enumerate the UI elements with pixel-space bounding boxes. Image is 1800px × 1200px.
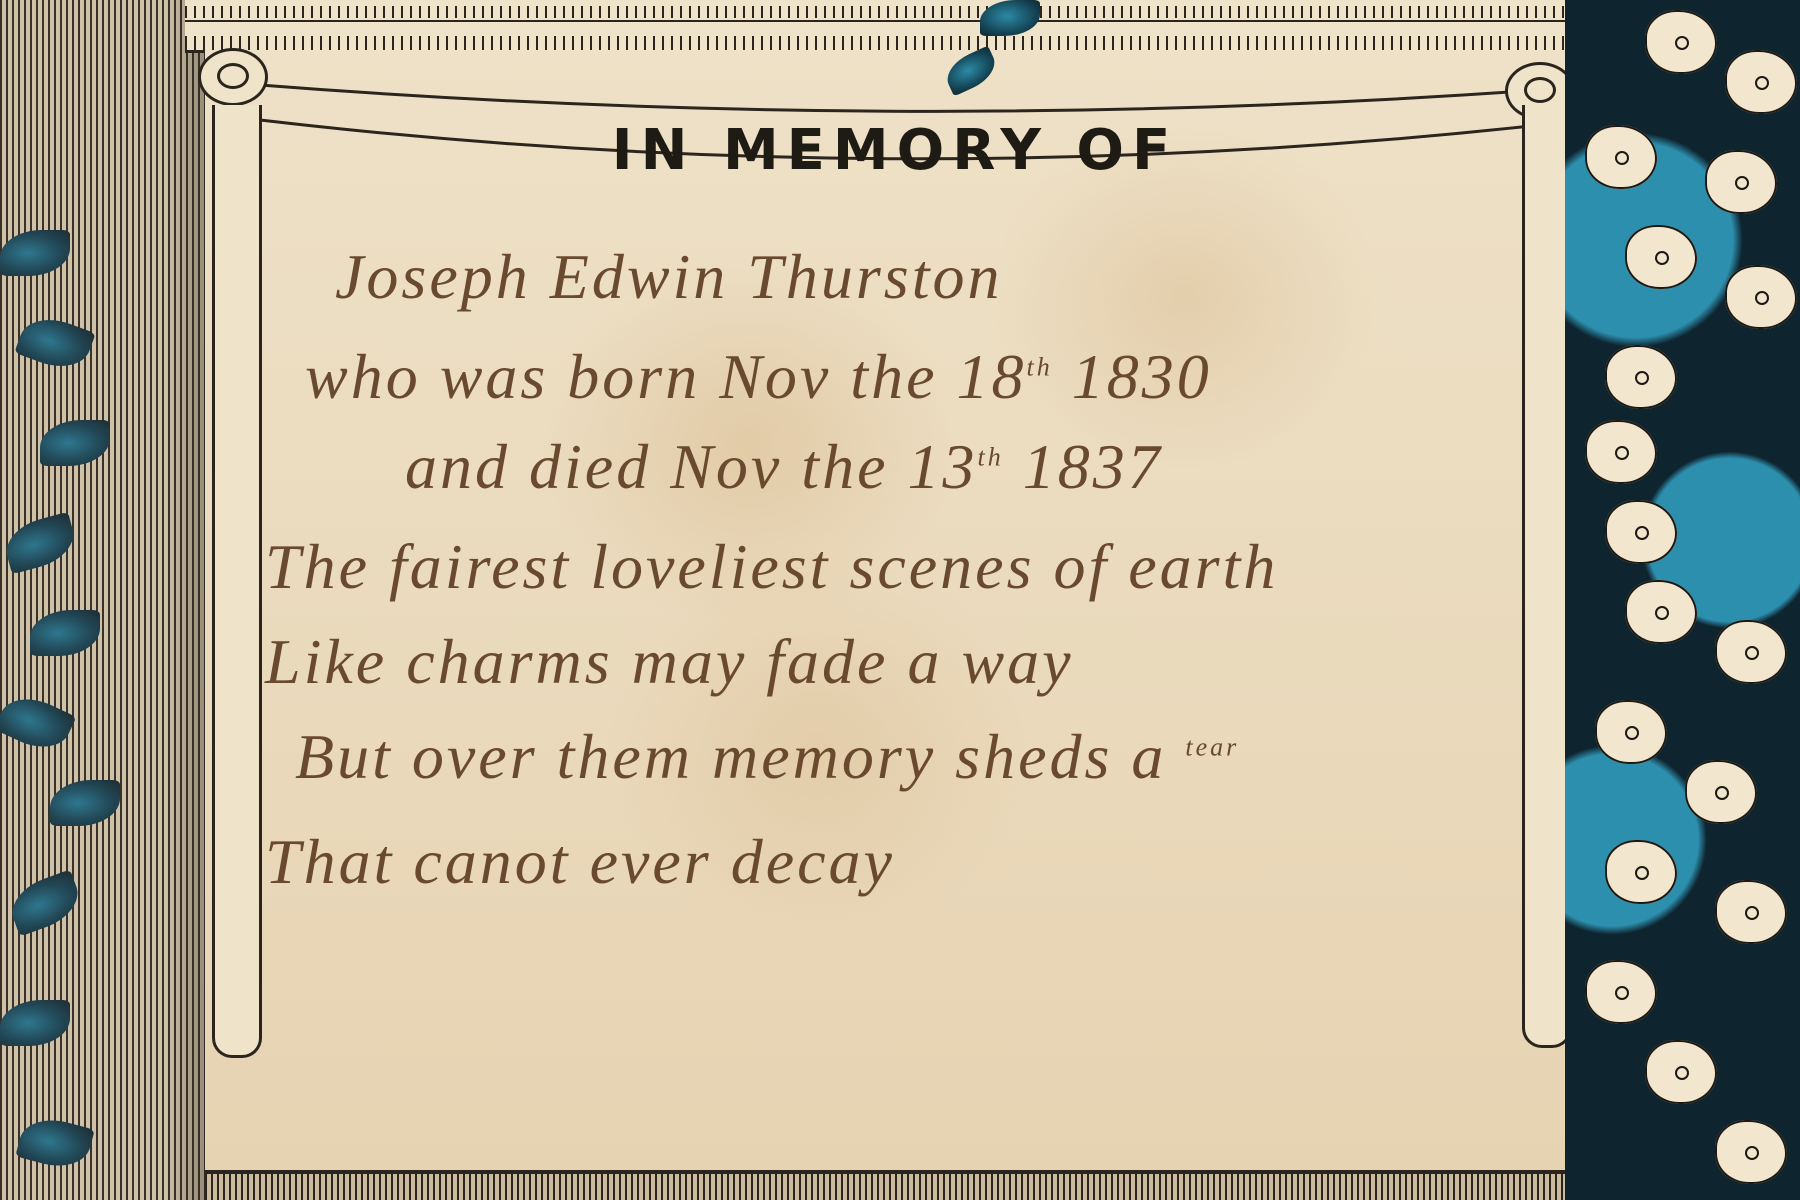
death-suffix: th [977,443,1003,472]
ivy-leaf-icon [14,309,96,376]
flower-icon [1645,10,1717,74]
death-year: 1837 [1023,431,1163,502]
verse-line-3-text: But over them memory sheds a [295,721,1166,792]
pillar-shading [165,0,205,1200]
flower-icon [1585,420,1657,484]
ivy-leaf-icon [30,610,100,656]
birth-text: who was born Nov the 18 [305,341,1026,412]
ivy-leaf-icon [0,512,80,575]
verse-line-2: Like charms may fade a way [265,625,1074,699]
banner-title: IN MEMORY OF [520,118,1270,183]
ivy-leaf-icon [40,420,110,466]
verse-insert-word: tear [1185,733,1239,762]
right-floral-border [1565,0,1800,1200]
ribbon-ring-left-icon [198,48,268,106]
verse-line-4: That canot ever decay [265,825,895,899]
flower-icon [1715,620,1787,684]
flower-icon [1725,265,1797,329]
top-tick-border [185,6,1605,18]
flower-icon [1645,1040,1717,1104]
flower-icon [1625,225,1697,289]
top-frame-band [185,0,1605,53]
left-hatched-pillar [0,0,205,1200]
flower-icon [1605,345,1677,409]
ivy-leaf-icon [15,1112,95,1175]
ivy-leaf-icon [4,869,86,936]
flower-icon [1585,960,1657,1024]
flower-icon [1595,700,1667,764]
death-text: and died Nov the 13 [405,431,977,502]
verse-line-3: But over them memory sheds a tear [295,720,1239,794]
birth-suffix: th [1026,353,1052,382]
top-tick-border-lower [185,36,1605,50]
ivy-leaf-icon [0,687,76,758]
flower-icon [1585,125,1657,189]
flower-icon [1625,580,1697,644]
memorial-panel [205,50,1565,1170]
birth-year: 1830 [1072,341,1212,412]
ivy-leaf-icon [0,230,70,276]
flower-icon [1685,760,1757,824]
flower-icon [1725,50,1797,114]
death-line: and died Nov the 13th 1837 [405,430,1163,504]
flower-icon [1605,840,1677,904]
deceased-name: Joseph Edwin Thurston [335,240,1002,314]
flower-icon [1715,1120,1787,1184]
left-drape [212,105,262,1058]
flower-icon [1605,500,1677,564]
ivy-leaf-icon [0,1000,70,1046]
flower-icon [1705,150,1777,214]
flower-icon [1715,880,1787,944]
verse-line-1: The fairest loveliest scenes of earth [265,530,1278,604]
birth-line: who was born Nov the 18th 1830 [305,340,1212,414]
bottom-frame-band [205,1170,1565,1200]
ivy-leaf-icon [50,780,120,826]
top-rule [185,20,1605,22]
